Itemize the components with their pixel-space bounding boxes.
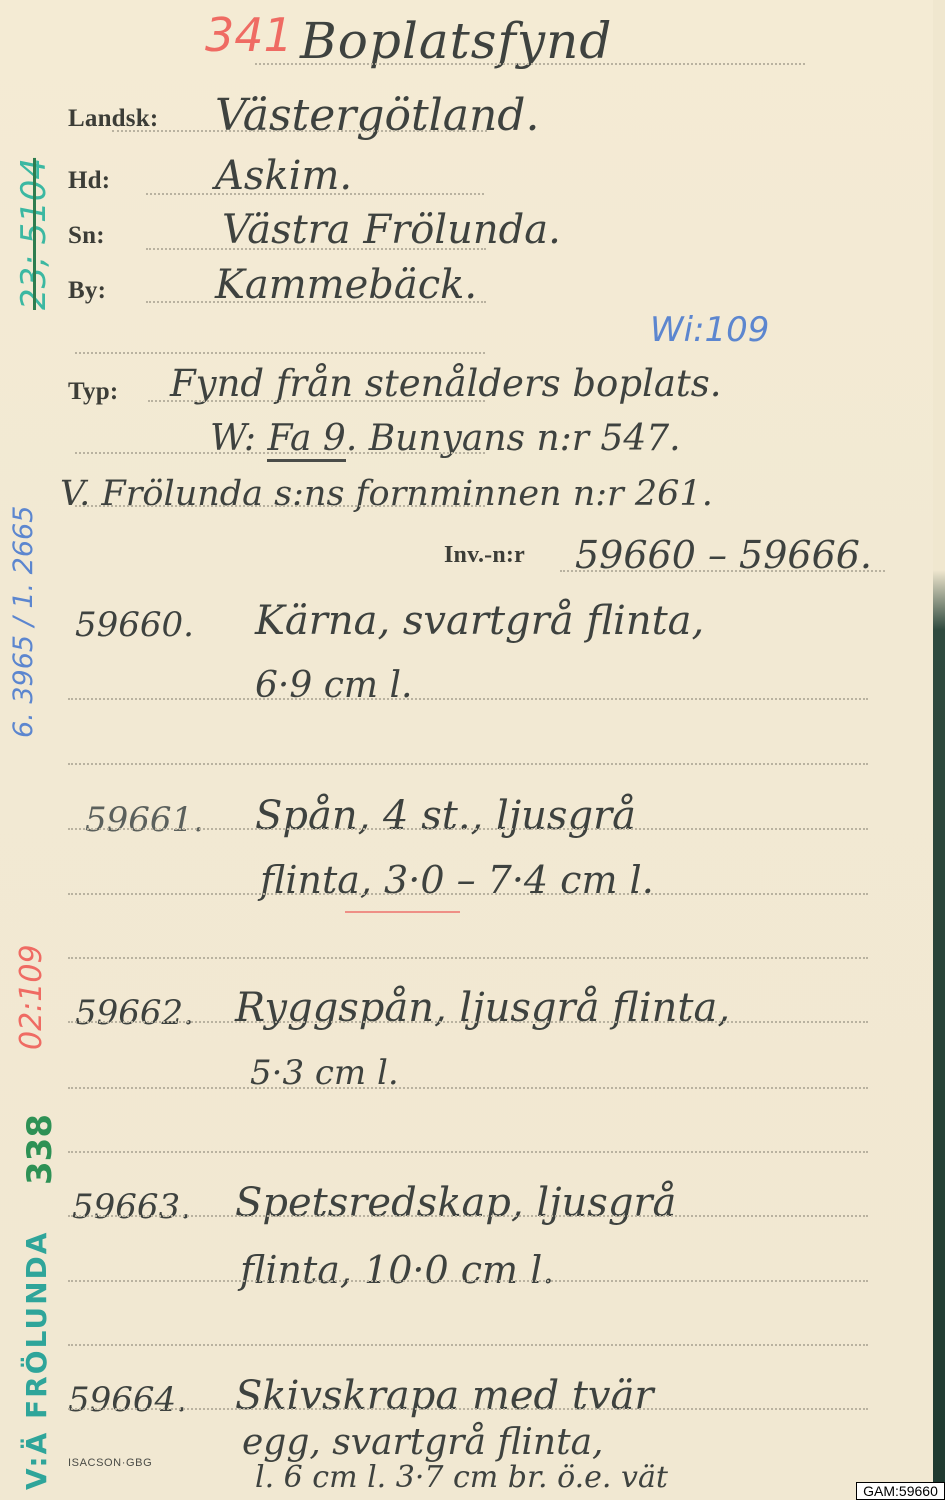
catalog-number-red: 341 [205,8,293,62]
dotted-line [68,1087,868,1089]
item-description-line-1: Spetsredskap, ljusgrå [235,1180,676,1226]
item-description-line-1: Spån, 4 st., ljusgrå [255,793,636,839]
dotted-line [68,763,868,765]
red-underline-mark [345,911,460,913]
label-by: By: [68,277,106,305]
item-number: 59663. [72,1187,191,1227]
item-number: 59661. [85,800,204,840]
item-description-line-1: Kärna, svartgrå flinta, [255,598,704,644]
catalog-card: 341 Boplatsfynd Landsk: Västergötland. H… [0,0,933,1500]
location-stamp: V:Ä FRÖLUNDA [20,1231,53,1490]
item-number: 59660. [75,605,194,645]
dotted-line [68,1344,868,1346]
dotted-line [146,248,486,250]
dotted-line [148,400,485,402]
dotted-line [75,352,485,354]
item-description-line-2: flinta, 10·0 cm l. [240,1248,554,1292]
printer-mark: ISACSON·GBG [68,1457,152,1469]
item-description-line-1: Skivskrapa med tvär [235,1373,654,1419]
category-title: Boplatsfynd [300,12,612,70]
dotted-line [560,570,885,572]
dotted-line [146,301,486,303]
dotted-line [68,1280,868,1282]
item-description-line-1: Ryggspån, ljusgrå flinta, [235,985,730,1031]
dotted-line [68,957,868,959]
label-landsk: Landsk: [68,105,158,133]
item-description-line-2: egg, svartgrå flinta, [242,1422,603,1463]
dotted-line [68,1021,868,1023]
blue-margin-annotation: 6. 3965 / 1. 2665 [8,506,39,738]
label-typ: Typ: [68,378,118,406]
label-hd: Hd: [68,167,110,195]
typ-line-3: V. Frölunda s:ns fornminnen n:r 261. [60,474,713,514]
item-number: 59664. [68,1380,187,1420]
item-number: 59662. [75,993,194,1033]
green-margin-annotation: 23; 5104 [14,158,54,310]
dotted-line [68,1215,868,1217]
value-sn: Västra Frölunda. [222,207,561,253]
value-landsk: Västergötland. [215,90,539,141]
typ-fa-reference: Fa 9 [267,418,345,462]
dotted-line [68,893,868,895]
dotted-line [255,63,805,65]
label-inventory: Inv.-n:r [444,542,525,569]
dotted-line [146,193,484,195]
item-description-line-3: l. 6 cm l. 3·7 cm br. ö.e. vät [255,1460,668,1495]
archive-id-label: GAM:59660 [856,1482,945,1500]
dotted-line [112,130,487,132]
label-sn: Sn: [68,222,105,250]
dotted-line [68,1408,868,1410]
typ-line-1: Fynd från stenålders boplats. [170,362,722,405]
green-margin-number: 338 [20,1114,60,1185]
dotted-line [68,698,868,700]
blue-reference: Wi:109 [650,310,769,350]
dotted-line [75,505,485,507]
dotted-line [68,1151,868,1153]
dotted-line [75,452,485,454]
dotted-line [68,828,868,830]
red-margin-annotation: 02:109 [14,944,49,1050]
card-edge [933,0,945,1500]
item-description-line-2: flinta, 3·0 – 7·4 cm l. [260,858,654,902]
